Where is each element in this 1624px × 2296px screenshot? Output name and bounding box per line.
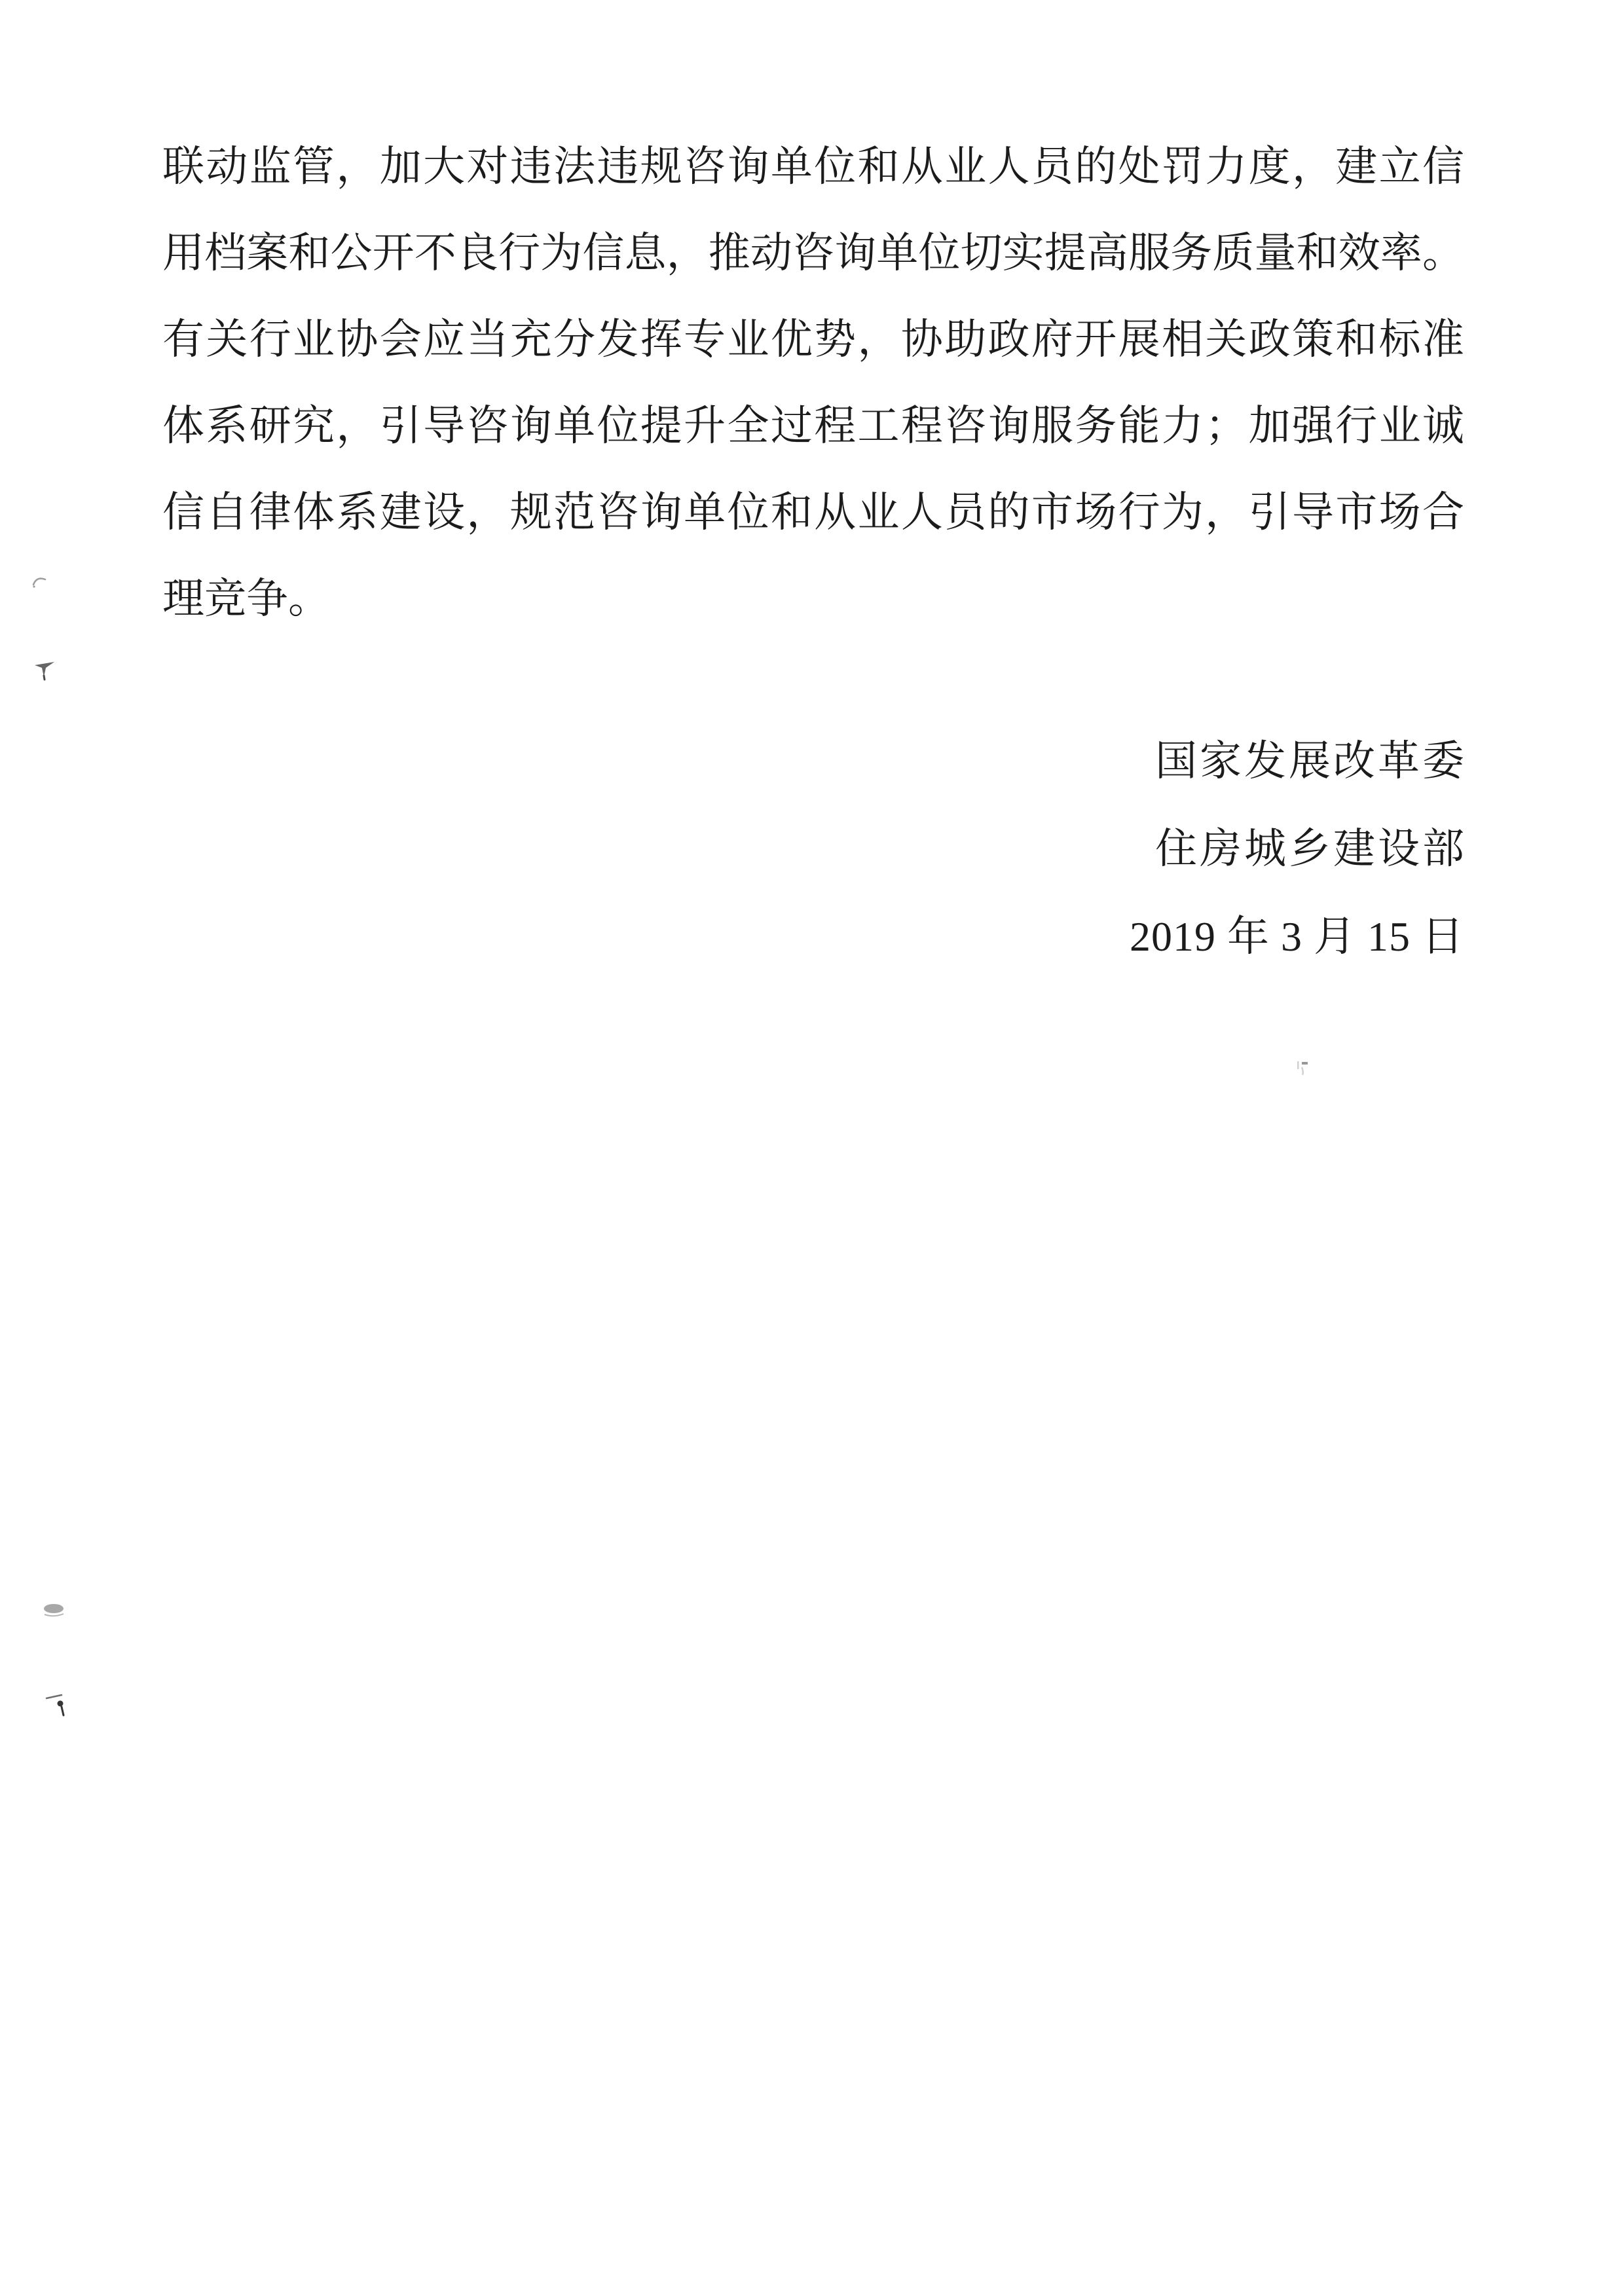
signature-block: 国家发展改革委 住房城乡建设部 2019 年 3 月 15 日 xyxy=(1130,718,1464,981)
document-page: 联动监管，加大对违法违规咨询单位和从业人员的处罚力度，建立信 用档案和公开不良行… xyxy=(0,0,1624,2296)
scan-speck-curl-icon xyxy=(29,571,51,593)
scan-speck-dot-icon xyxy=(45,1690,68,1719)
signature-org-1: 国家发展改革委 xyxy=(1130,718,1467,805)
document-body: 联动监管，加大对违法违规咨询单位和从业人员的处罚力度，建立信 用档案和公开不良行… xyxy=(162,124,1464,642)
signature-org-2: 住房城乡建设部 xyxy=(1130,805,1467,893)
scan-speck-flag-icon xyxy=(33,659,59,682)
body-line-4: 体系研究，引导咨询单位提升全过程工程咨询服务能力；加强行业诚 xyxy=(162,383,1464,469)
body-line-2: 用档案和公开不良行为信息，推动咨询单位切实提高服务质量和效率。 xyxy=(162,210,1464,297)
body-line-1: 联动监管，加大对违法违规咨询单位和从业人员的处罚力度，建立信 xyxy=(162,124,1464,210)
scan-speck-faint-icon xyxy=(1295,1059,1311,1078)
body-line-3: 有关行业协会应当充分发挥专业优势，协助政府开展相关政策和标准 xyxy=(162,297,1464,383)
signature-date: 2019 年 3 月 15 日 xyxy=(1130,893,1464,981)
body-line-5: 信自律体系建设，规范咨询单位和从业人员的市场行为，引导市场合 xyxy=(162,469,1464,556)
body-line-6: 理竞争。 xyxy=(162,556,1464,642)
scan-speck-smudge-icon xyxy=(39,1601,68,1621)
